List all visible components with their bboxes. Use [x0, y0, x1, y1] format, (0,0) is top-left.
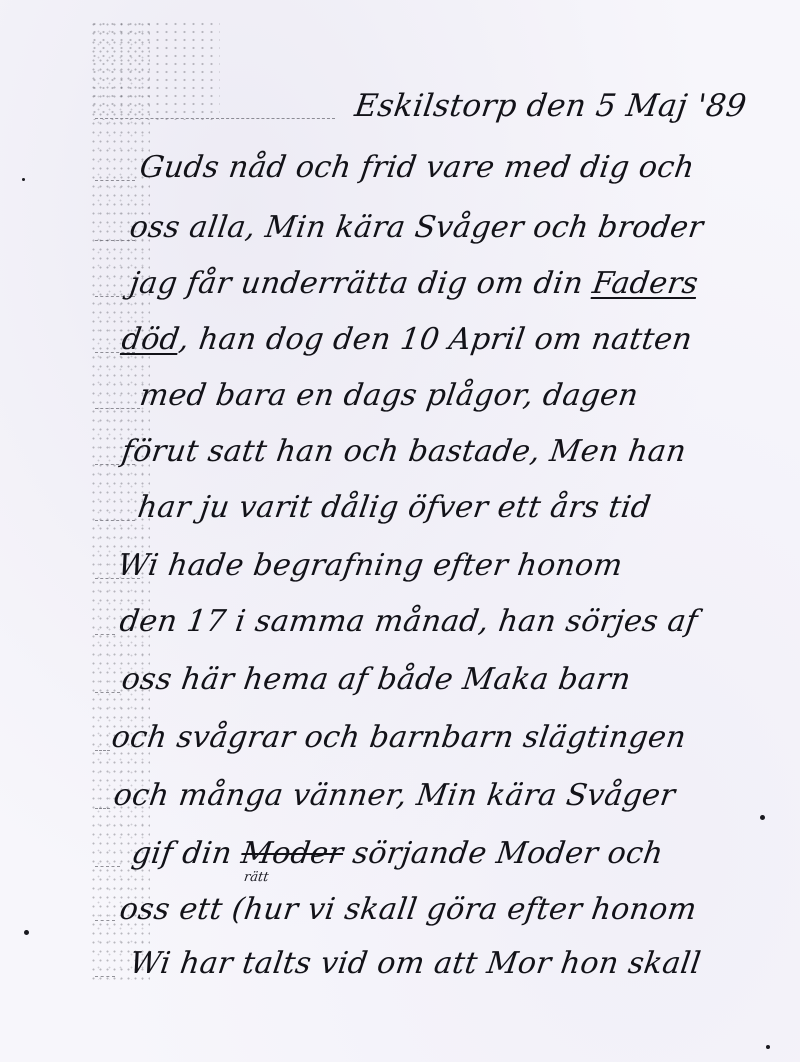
- letter-line-13: gif din Moder sörjande Moder och: [130, 836, 666, 871]
- letter-line-1: Guds nåd och frid vare med dig och: [138, 150, 697, 185]
- letter-line-8: Wi hade begrafning efter honom: [116, 548, 625, 583]
- ink-speck: [24, 930, 29, 935]
- letter-line-14: oss ett (hur vi skall göra efter honom: [118, 892, 699, 927]
- letter-line-15: Wi har talts vid om att Mor hon skall: [128, 946, 703, 981]
- ruled-line: [95, 692, 120, 694]
- letter-line-3: jag får underrätta dig om din Faders: [128, 266, 701, 301]
- ruled-line: [95, 976, 115, 978]
- ruled-line: [95, 750, 110, 752]
- letter-line-6: förut satt han och bastade, Men han: [120, 434, 689, 469]
- dateline: Eskilstorp den 5 Maj '89: [352, 88, 748, 124]
- ink-speck: [760, 815, 765, 820]
- ruled-line: [95, 520, 135, 522]
- letter-line-13-post: sörjande Moder och: [341, 836, 666, 871]
- ruled-line: [95, 634, 115, 636]
- letter-line-9: den 17 i samma månad, han sörjes af: [118, 604, 700, 639]
- letter-line-5: med bara en dags plågor, dagen: [138, 378, 641, 413]
- ink-speck: [766, 1045, 770, 1049]
- ruled-line: [95, 118, 335, 120]
- underlined-word-faders: Faders: [590, 266, 700, 301]
- letter-page: Eskilstorp den 5 Maj '89 Guds nåd och fr…: [0, 0, 800, 1062]
- ruled-line: [95, 920, 115, 922]
- ruled-line: [95, 808, 110, 810]
- ruled-line: [95, 866, 120, 868]
- letter-line-3-text: jag får underrätta dig om din: [128, 266, 596, 301]
- photocopy-noise-top: [90, 20, 220, 120]
- ruled-line: [95, 408, 140, 410]
- letter-line-13-pre: gif din: [130, 836, 244, 871]
- letter-line-11: och svågrar och barnbarn slägtingen: [110, 720, 689, 755]
- ruled-line: [95, 180, 135, 182]
- letter-line-4: död, han dog den 10 April om natten: [120, 322, 695, 357]
- ink-speck: [22, 178, 25, 181]
- letter-line-10: oss här hema af både Maka barn: [120, 662, 633, 697]
- letter-line-7: har ju varit dålig öfver ett års tid: [136, 490, 654, 525]
- letter-line-2: oss alla, Min kära Svåger och broder: [128, 210, 706, 245]
- letter-line-12: och många vänner, Min kära Svåger: [112, 778, 678, 813]
- letter-line-4-text: , han dog den 10 April om natten: [177, 322, 695, 357]
- insertion-ratt: rätt: [243, 870, 270, 885]
- underlined-word-dod: död: [120, 322, 182, 357]
- struck-word-moder: Moder: [239, 836, 345, 871]
